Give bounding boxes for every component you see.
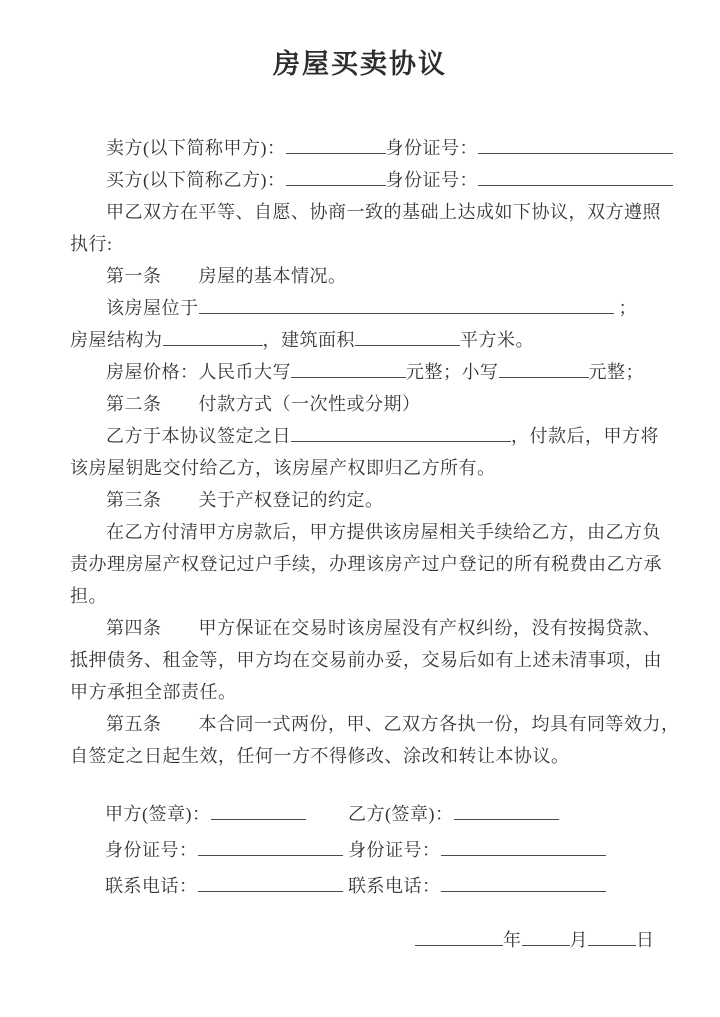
text-segment: 日 <box>636 930 655 950</box>
document-line: 自签定之日起生效，任何一方不得修改、涂改和转让本协议。 <box>70 740 664 772</box>
text-segment: 元整； <box>589 362 645 382</box>
text-segment: 身份证号： <box>386 170 479 190</box>
text-segment: 买方(以下简称乙方)： <box>106 170 286 190</box>
text-segment: 该房屋位于 <box>106 298 199 318</box>
text-segment: 在乙方付清甲方房款后，甲方提供该房屋相关手续给乙方，由乙方负 <box>106 522 661 542</box>
signature-right-cell: 乙方(签章)： <box>348 796 559 832</box>
blank-field[interactable] <box>522 926 570 946</box>
document-line: 卖方(以下简称甲方)：身份证号： <box>70 132 664 164</box>
date-line: 年月日 <box>0 924 720 956</box>
document-line: 第四条 甲方保证在交易时该房屋没有产权纠纷，没有按揭贷款、 <box>70 612 664 644</box>
blank-field[interactable] <box>286 166 386 186</box>
document-line: 第一条 房屋的基本情况。 <box>70 260 664 292</box>
text-segment: 抵押债务、租金等，甲方均在交易前办妥，交易后如有上述未清事项，由 <box>70 650 662 670</box>
text-segment: 平方米。 <box>460 330 534 350</box>
blank-field[interactable] <box>291 358 406 378</box>
blank-field[interactable] <box>355 326 460 346</box>
document-line: 房屋价格：人民币大写元整；小写元整； <box>70 356 664 388</box>
text-segment: 联系电话： <box>348 876 441 896</box>
blank-field[interactable] <box>198 836 343 856</box>
text-segment: 执行: <box>70 234 113 254</box>
text-segment: 第四条 甲方保证在交易时该房屋没有产权纠纷，没有按揭贷款、 <box>106 618 661 638</box>
blank-field[interactable] <box>291 422 511 442</box>
blank-field[interactable] <box>163 326 263 346</box>
text-segment: 甲方承担全部责任。 <box>70 682 237 702</box>
signature-left-cell: 身份证号： <box>105 840 343 860</box>
document-line: 房屋结构为，建筑面积平方米。 <box>70 324 664 356</box>
text-segment: 身份证号： <box>386 138 479 158</box>
blank-field[interactable] <box>441 836 606 856</box>
document-line: 担。 <box>70 580 664 612</box>
signature-right-cell: 身份证号： <box>348 832 606 868</box>
text-segment: 年 <box>503 930 522 950</box>
text-segment: 第三条 关于产权登记的约定。 <box>106 490 384 510</box>
text-segment: ，付款后，甲方将 <box>511 426 659 446</box>
blank-field[interactable] <box>499 358 589 378</box>
signature-row: 身份证号：身份证号： <box>70 832 664 868</box>
document-line: 甲乙双方在平等、自愿、协商一致的基础上达成如下协议，双方遵照 <box>70 196 664 228</box>
blank-field[interactable] <box>441 872 606 892</box>
document-line: 该房屋位于 ； <box>70 292 664 324</box>
text-segment: 甲方(签章)： <box>105 804 211 824</box>
text-segment: 联系电话： <box>105 876 198 896</box>
document-line: 执行: <box>70 228 664 260</box>
document-line: 责办理房屋产权登记过户手续，办理该房产过户登记的所有税费由乙方承 <box>70 548 664 580</box>
document-line: 抵押债务、租金等，甲方均在交易前办妥，交易后如有上述未清事项，由 <box>70 644 664 676</box>
text-segment: 身份证号： <box>348 840 441 860</box>
blank-field[interactable] <box>588 926 636 946</box>
document-line: 第二条 付款方式（一次性或分期） <box>70 388 664 420</box>
text-segment: 房屋结构为 <box>70 330 163 350</box>
document-line: 甲方承担全部责任。 <box>70 676 664 708</box>
text-segment: 第一条 房屋的基本情况。 <box>106 266 347 286</box>
blank-field[interactable] <box>478 166 673 186</box>
blank-field[interactable] <box>198 872 343 892</box>
text-segment: 担。 <box>70 586 107 606</box>
blank-field[interactable] <box>415 926 503 946</box>
blank-field[interactable] <box>478 134 673 154</box>
signature-block: 甲方(签章)：乙方(签章)：身份证号：身份证号：联系电话：联系电话： <box>0 796 720 904</box>
document-page: 房屋买卖协议 卖方(以下简称甲方)：身份证号：买方(以下简称乙方)：身份证号：甲… <box>0 0 720 1017</box>
blank-field[interactable] <box>199 294 614 314</box>
text-segment: 乙方于本协议签定之日 <box>106 426 291 446</box>
document-body: 卖方(以下简称甲方)：身份证号：买方(以下简称乙方)：身份证号：甲乙双方在平等、… <box>0 132 720 772</box>
signature-left-cell: 联系电话： <box>105 876 343 896</box>
signature-row: 甲方(签章)：乙方(签章)： <box>70 796 664 832</box>
text-segment: 甲乙双方在平等、自愿、协商一致的基础上达成如下协议，双方遵照 <box>106 202 661 222</box>
blank-field[interactable] <box>454 800 559 820</box>
document-line: 在乙方付清甲方房款后，甲方提供该房屋相关手续给乙方，由乙方负 <box>70 516 664 548</box>
document-line: 第三条 关于产权登记的约定。 <box>70 484 664 516</box>
text-segment: 该房屋钥匙交付给乙方，该房屋产权即归乙方所有。 <box>70 458 496 478</box>
blank-field[interactable] <box>211 800 306 820</box>
document-line: 该房屋钥匙交付给乙方，该房屋产权即归乙方所有。 <box>70 452 664 484</box>
text-segment: 自签定之日起生效，任何一方不得修改、涂改和转让本协议。 <box>70 746 570 766</box>
signature-right-cell: 联系电话： <box>348 868 606 904</box>
text-segment: 责办理房屋产权登记过户手续，办理该房产过户登记的所有税费由乙方承 <box>70 554 662 574</box>
blank-field[interactable] <box>286 134 386 154</box>
signature-left-cell: 甲方(签章)： <box>105 804 306 824</box>
text-segment: ，建筑面积 <box>263 330 356 350</box>
text-segment: 元整；小写 <box>406 362 499 382</box>
text-segment: 月 <box>570 930 589 950</box>
text-segment: 房屋价格：人民币大写 <box>106 362 291 382</box>
text-segment: ； <box>614 298 638 318</box>
document-title: 房屋买卖协议 <box>0 46 720 82</box>
signature-row: 联系电话：联系电话： <box>70 868 664 904</box>
document-line: 买方(以下简称乙方)：身份证号： <box>70 164 664 196</box>
date-line-content: 年月日 <box>415 930 655 950</box>
text-segment: 卖方(以下简称甲方)： <box>106 138 286 158</box>
document-line: 乙方于本协议签定之日，付款后，甲方将 <box>70 420 664 452</box>
text-segment: 乙方(签章)： <box>348 804 454 824</box>
text-segment: 第五条 本合同一式两份，甲、乙双方各执一份，均具有同等效力， <box>106 714 680 734</box>
document-line: 第五条 本合同一式两份，甲、乙双方各执一份，均具有同等效力， <box>70 708 664 740</box>
text-segment: 身份证号： <box>105 840 198 860</box>
text-segment: 第二条 付款方式（一次性或分期） <box>106 394 421 414</box>
